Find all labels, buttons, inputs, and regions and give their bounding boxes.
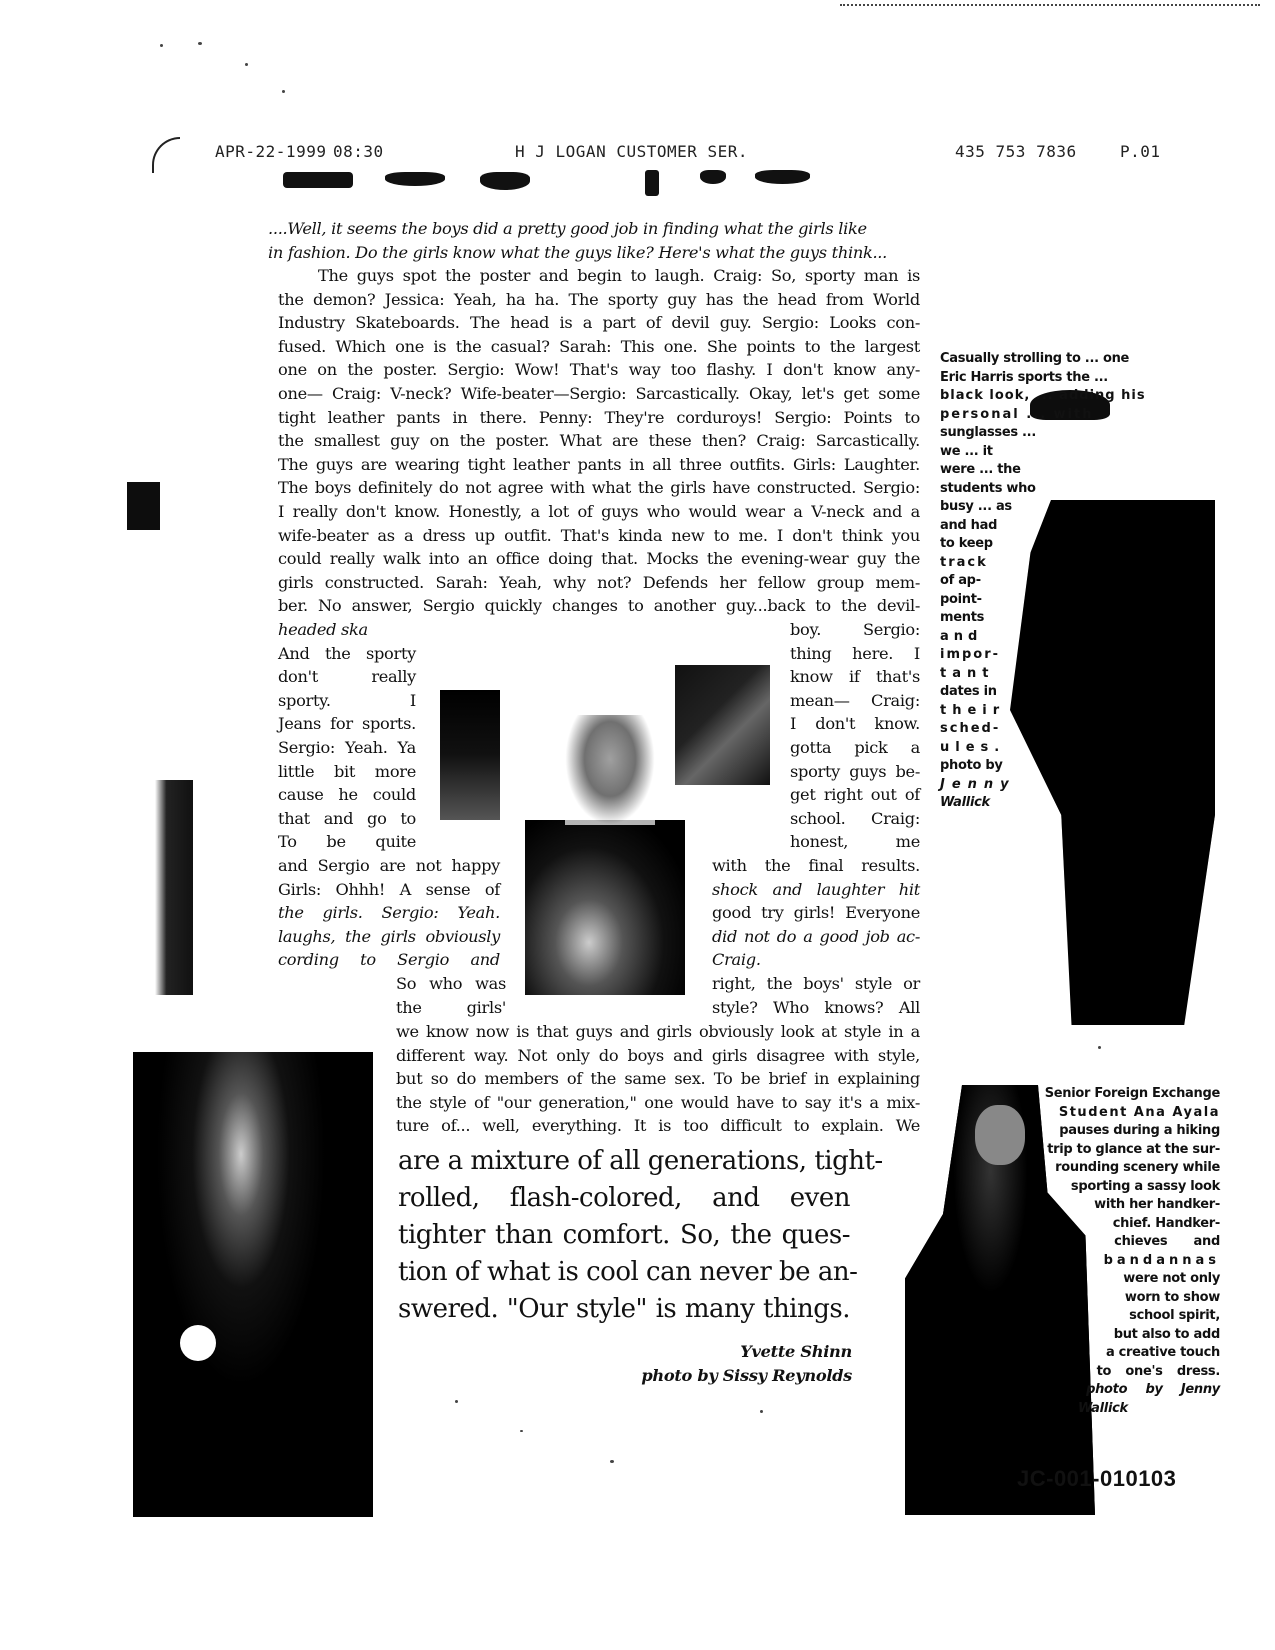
pull-quote-line: tion of what is cool can never be an- bbox=[398, 1254, 850, 1291]
article-closing: we know now is that guys and girls obvio… bbox=[396, 1020, 920, 1138]
body-line: tight leather pants in there. Penny: The… bbox=[278, 406, 920, 430]
body-line: the demon? Jessica: Yeah, ha ha. The spo… bbox=[278, 288, 920, 312]
scan-noise bbox=[160, 44, 163, 47]
body-line: boy. Sergio: bbox=[790, 618, 920, 642]
caption-line: Student Ana Ayala bbox=[1030, 1104, 1220, 1123]
body-line: we know now is that guys and girls obvio… bbox=[396, 1020, 920, 1044]
body-line: To be quite bbox=[278, 830, 416, 854]
fax-sender: H J LOGAN CUSTOMER SER. bbox=[515, 142, 748, 161]
body-line: and Sergio are not happy bbox=[278, 854, 500, 878]
body-line: I really don't know. Honestly, a lot of … bbox=[278, 500, 920, 524]
body-line: cording to Sergio and bbox=[278, 948, 500, 972]
caption-line: chieves and bbox=[1030, 1233, 1220, 1252]
fax-date: APR-22-1999 bbox=[215, 142, 326, 161]
body-line: The boys definitely do not agree with wh… bbox=[278, 476, 920, 500]
body-line: don't really bbox=[278, 665, 416, 689]
bates-stamp: JC-001-010103 bbox=[1017, 1466, 1176, 1492]
caption-line: of ap- bbox=[940, 572, 1200, 591]
caption-credit: photo by bbox=[940, 757, 1200, 776]
body-line: I don't know. bbox=[790, 712, 920, 736]
caption-line: pauses during a hiking bbox=[1030, 1122, 1220, 1141]
caption-credit: Jenny bbox=[940, 776, 1200, 795]
left-edge-photo-fragment bbox=[155, 780, 193, 995]
byline: Yvette Shinn photo by Sissy Reynolds bbox=[640, 1340, 852, 1387]
pull-quote-line: rolled, flash-colored, and even bbox=[398, 1180, 850, 1217]
caption-top-right: Casually strolling to ... one Eric Harri… bbox=[940, 350, 1200, 813]
header-ornament bbox=[645, 170, 659, 196]
bottom-left-photo-highlight bbox=[180, 1325, 216, 1361]
center-photo-figure bbox=[565, 715, 655, 825]
scan-noise bbox=[198, 42, 202, 45]
body-line: sporty. I bbox=[278, 689, 416, 713]
body-line: could really walk into an office doing t… bbox=[278, 547, 920, 571]
header-ornament bbox=[480, 172, 530, 190]
body-line: but so do members of the same sex. To be… bbox=[396, 1067, 920, 1091]
caption-line: impor- bbox=[940, 646, 1200, 665]
article-lower-right: right, the boys' style or style? Who kno… bbox=[712, 972, 920, 1019]
body-line: Sergio: Yeah. Ya bbox=[278, 736, 416, 760]
bottom-left-photo bbox=[133, 1052, 373, 1517]
article-intro: ....Well, it seems the boys did a pretty… bbox=[268, 217, 928, 264]
caption-line: were not only bbox=[1030, 1270, 1220, 1289]
caption-credit: Wallick bbox=[1030, 1400, 1220, 1419]
body-line: honest, me bbox=[790, 830, 920, 854]
body-line: Industry Skateboards. The head is a part… bbox=[278, 311, 920, 335]
body-line: the girls' bbox=[396, 996, 506, 1020]
caption-line: school spirit, bbox=[1030, 1307, 1220, 1326]
body-line: ture of... well, everything. It is too d… bbox=[396, 1114, 920, 1138]
binder-mark bbox=[152, 137, 180, 173]
scan-dots-top bbox=[840, 4, 1260, 8]
pull-quote-line: are a mixture of all generations, tight- bbox=[398, 1143, 850, 1180]
caption-line: personal ... with bbox=[940, 406, 1200, 425]
fax-page: P.01 bbox=[1120, 142, 1161, 161]
pull-quote-line: swered. "Our style" is many things. bbox=[398, 1291, 850, 1328]
scan-noise bbox=[455, 1400, 458, 1403]
caption-line: worn to show bbox=[1030, 1289, 1220, 1308]
header-ornament bbox=[385, 172, 445, 186]
body-line: that and go to bbox=[278, 807, 416, 831]
body-line: laughs, the girls obviously bbox=[278, 925, 500, 949]
body-line: girls constructed. Sarah: Yeah, why not?… bbox=[278, 571, 920, 595]
caption-line: tant bbox=[940, 665, 1200, 684]
scan-noise bbox=[1098, 1046, 1101, 1049]
body-line: little bit more bbox=[278, 760, 416, 784]
body-line: So who was bbox=[396, 972, 506, 996]
header-ornament bbox=[700, 170, 726, 184]
body-line: Jeans for sports. bbox=[278, 712, 416, 736]
scan-noise bbox=[245, 63, 248, 66]
caption-line: Senior Foreign Exchange bbox=[1030, 1085, 1220, 1104]
article-lower-left: So who was the girls' bbox=[396, 972, 506, 1019]
caption-line: point- bbox=[940, 591, 1200, 610]
pull-quote: are a mixture of all generations, tight-… bbox=[398, 1143, 850, 1328]
caption-line: but also to add bbox=[1030, 1326, 1220, 1345]
body-line: get right out of bbox=[790, 783, 920, 807]
caption-line: were ... the bbox=[940, 461, 1200, 480]
intro-line: ....Well, it seems the boys did a pretty… bbox=[268, 217, 928, 241]
body-line: good try girls! Everyone bbox=[712, 901, 920, 925]
caption-credit: photo by Jenny bbox=[1030, 1381, 1220, 1400]
caption-line: dates in bbox=[940, 683, 1200, 702]
center-photo-main bbox=[525, 820, 685, 995]
caption-line: track bbox=[940, 554, 1200, 573]
caption-line: a creative touch bbox=[1030, 1344, 1220, 1363]
caption-line: black look, ... adding his bbox=[940, 387, 1200, 406]
caption-line: their bbox=[940, 702, 1200, 721]
caption-line: Casually strolling to ... one bbox=[940, 350, 1200, 369]
caption-line: and had bbox=[940, 517, 1200, 536]
article-body: The guys spot the poster and begin to la… bbox=[278, 264, 920, 618]
fax-phone: 435 753 7836 bbox=[955, 142, 1077, 161]
scan-noise bbox=[610, 1460, 614, 1463]
byline-author: Yvette Shinn bbox=[640, 1340, 852, 1364]
caption-line: we ... it bbox=[940, 443, 1200, 462]
body-line: did not do a good job ac- bbox=[712, 925, 920, 949]
caption-line: students who bbox=[940, 480, 1200, 499]
body-line: sporty guys be- bbox=[790, 760, 920, 784]
body-line: the style of "our generation," one would… bbox=[396, 1091, 920, 1115]
caption-line: to keep bbox=[940, 535, 1200, 554]
body-line: cause he could bbox=[278, 783, 416, 807]
body-line: gotta pick a bbox=[790, 736, 920, 760]
caption-line: chief. Handker- bbox=[1030, 1215, 1220, 1234]
body-line: ber. No answer, Sergio quickly changes t… bbox=[278, 594, 920, 618]
caption-line: sporting a sassy look bbox=[1030, 1178, 1220, 1197]
caption-credit: Wallick bbox=[940, 794, 1200, 813]
body-line: headed ska bbox=[278, 618, 503, 642]
caption-line: ules. bbox=[940, 739, 1200, 758]
body-line: the smallest guy on the poster. What are… bbox=[278, 429, 920, 453]
bottom-right-photo-face bbox=[975, 1105, 1025, 1165]
caption-line: busy ... as bbox=[940, 498, 1200, 517]
header-ornament bbox=[755, 170, 810, 184]
body-line: with the final results. bbox=[712, 854, 920, 878]
body-line: Girls: Ohhh! A sense of bbox=[278, 878, 500, 902]
body-line: school. Craig: bbox=[790, 807, 920, 831]
body-line: wife-beater as a dress up outfit. That's… bbox=[278, 524, 920, 548]
center-photo-top bbox=[675, 665, 770, 785]
body-line: one— Craig: V-neck? Wife-beater—Sergio: … bbox=[278, 382, 920, 406]
body-line: mean— Craig: bbox=[790, 689, 920, 713]
body-line: thing here. I bbox=[790, 642, 920, 666]
scan-noise bbox=[760, 1410, 763, 1413]
caption-bottom-right: Senior Foreign Exchange Student Ana Ayal… bbox=[1030, 1085, 1220, 1418]
body-line: The guys are wearing tight leather pants… bbox=[278, 453, 920, 477]
center-photo-left bbox=[440, 690, 500, 820]
caption-line: to one's dress. bbox=[1030, 1363, 1220, 1382]
caption-line: trip to glance at the sur- bbox=[1030, 1141, 1220, 1160]
pull-quote-line: tighter than comfort. So, the ques- bbox=[398, 1217, 850, 1254]
body-line: right, the boys' style or bbox=[712, 972, 920, 996]
body-line: shock and laughter hit bbox=[712, 878, 920, 902]
intro-line: in fashion. Do the girls know what the g… bbox=[268, 241, 928, 265]
body-line: Craig. bbox=[712, 948, 922, 972]
body-line: the girls. Sergio: Yeah. bbox=[278, 901, 500, 925]
scan-noise bbox=[520, 1430, 523, 1432]
byline-photo-credit: photo by Sissy Reynolds bbox=[640, 1364, 852, 1388]
caption-line: ments bbox=[940, 609, 1200, 628]
body-line: know if that's bbox=[790, 665, 920, 689]
body-line: style? Who knows? All bbox=[712, 996, 920, 1020]
caption-line: rounding scenery while bbox=[1030, 1159, 1220, 1178]
body-line: fused. Which one is the casual? Sarah: T… bbox=[278, 335, 920, 359]
scan-noise bbox=[282, 90, 285, 93]
caption-line: sched- bbox=[940, 720, 1200, 739]
body-line: one on the poster. Sergio: Wow! That's w… bbox=[278, 358, 920, 382]
caption-line: bandannas bbox=[1030, 1252, 1220, 1271]
left-edge-photo-fragment bbox=[127, 482, 160, 530]
fax-time: 08:30 bbox=[333, 142, 384, 161]
body-line: And the sporty bbox=[278, 642, 416, 666]
caption-line: with her handker- bbox=[1030, 1196, 1220, 1215]
body-line: different way. Not only do boys and girl… bbox=[396, 1044, 920, 1068]
caption-line: and bbox=[940, 628, 1200, 647]
body-line: The guys spot the poster and begin to la… bbox=[278, 264, 920, 288]
caption-line: Eric Harris sports the ... bbox=[940, 369, 1200, 388]
caption-line: sunglasses ... bbox=[940, 424, 1200, 443]
header-ornament bbox=[283, 172, 353, 188]
